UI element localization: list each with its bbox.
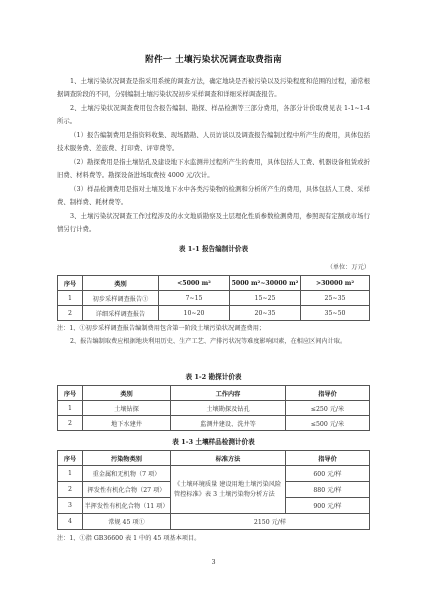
survey-fee-table: 序号 类别 工作内容 指导价 1 土壤钻探 土壤勘探及钻孔 ≤250 元/米 2… [57,385,370,431]
table3-note: 注：1、①指 GB36600 表 1 中的 45 项基本项目。 [57,532,370,545]
table1-header: 5000 m²~30000 m² [230,276,301,291]
standard-method-cell: 《土壤环境质量 建设用地土壤污染风险管控标准》表 3 土壤污染物分析方法 [171,466,286,514]
table1-caption: 表 1-1 报告编制计价表 [0,243,427,253]
table-row: 2 详细采样调查报告 10~20 20~35 35~50 [58,306,370,321]
table2-caption: 表 1-2 勘探计价表 [0,371,427,381]
table-row: 1 重金属和无机物（7 项） 《土壤环境质量 建设用地土壤污染风险管控标准》表 … [58,466,370,482]
table1-header: 序号 [58,276,83,291]
table1-unit: （单位：万元） [327,262,370,271]
table1-header: 类别 [83,276,159,291]
table-row: 1 土壤钻探 土壤勘探及钻孔 ≤250 元/米 [58,401,370,416]
table3-caption: 表 1-3 土壤样品检测计价表 [0,436,427,446]
table1-note-1: 注：1、①初步采样调查报告编制费用包含第一阶段土壤污染状况调查费用； [57,322,370,335]
document-page: 附件一 土壤污染状况调查取费指南 1、土壤污染状况调查是指采用系统的调查方法，确… [0,0,427,604]
table-row: 2 地下水建井 监测井建设、洗井等 ≤500 元/米 [58,416,370,431]
page-number: 3 [0,558,427,566]
paragraph-4: （2）勘探费用是指土壤钻孔及建设地下水监测井过程所产生的费用，具体包括人工费、机… [57,156,370,183]
soil-test-fee-table: 序号 污染物类别 标准方法 指导价 1 重金属和无机物（7 项） 《土壤环境质量… [57,450,370,530]
table1-note-2: 2、报告编制取费应根据地块利用历史、生产工艺、产排污状况等难度影响因素，在相应区… [57,335,370,348]
report-fee-table: 序号 类别 <5000 m² 5000 m²~30000 m² >30000 m… [57,275,370,321]
paragraph-2: 2、土壤污染状况调查费用包含报告编制、勘探、样品检测等三部分费用，各部分计价取费… [57,102,370,129]
paragraph-6: 3、土壤污染状况调查工作过程涉及的水文地质勘察及土层理化性质参数检测费用，参照现… [57,210,370,237]
table1-header: <5000 m² [159,276,230,291]
paragraph-3: （1）报告编制费用是指资料收集、现场踏勘、人员访谈以及调查报告编制过程中所产生的… [57,129,370,156]
paragraph-5: （3）样品检测费用是指对土壤及地下水中各类污染物的检测和分析所产生的费用，具体包… [57,183,370,210]
document-title: 附件一 土壤污染状况调查取费指南 [0,53,427,65]
table1-header: >30000 m² [301,276,370,291]
paragraph-1: 1、土壤污染状况调查是指采用系统的调查方法，确定地块是否被污染以及污染程度和范围… [57,75,370,102]
table-row-total: 4 常规 45 项① 2150 元/样 [58,514,370,530]
table-row: 1 初步采样调查报告① 7~15 15~25 25~35 [58,291,370,306]
